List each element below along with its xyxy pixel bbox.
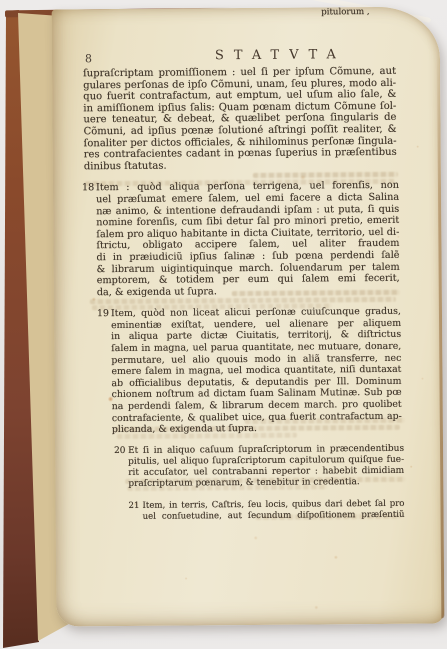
paragraph-number: 21 [128, 500, 139, 511]
paragraph-number: 18 [82, 183, 94, 195]
text-line: emptorem, & totidem per eum qui ſalem em… [97, 273, 400, 287]
page-header: 8 STATVTA [83, 47, 396, 67]
paragraph: 18Item : quòd aliqua perſona terrigena, … [96, 180, 400, 298]
text-line: plicanda, & exigenda ut ſupra. [112, 422, 402, 436]
paragraph: 19Item, quòd non liceat alicui perſonæ c… [111, 306, 402, 436]
text-block: ſupraſcriptam promiſſionem : uel ſi per … [83, 66, 407, 533]
book-page: 8 STATVTA ſupraſcriptam promiſſionem : u… [52, 6, 445, 626]
running-title: STATVTA [215, 47, 346, 63]
text-line: da, & exigenda ut ſupra. [97, 284, 400, 298]
page-number: 8 [85, 52, 92, 65]
catchword: pitulorum , [108, 7, 370, 20]
paragraph: 20Et ſi in aliquo caſuum ſupraſcriptorum… [128, 444, 404, 491]
text-line: dinibus ſtatutas. [84, 159, 397, 173]
paragraph: 21Item, in terris, Caſtris, ſeu locis, q… [142, 498, 404, 522]
paragraph-number: 19 [97, 308, 109, 320]
text-line: res contrafacientes cadant in pœnas ſupe… [84, 147, 397, 161]
photo-background: 8 STATVTA ſupraſcriptam promiſſionem : u… [0, 0, 447, 649]
text-line: uel conſuetudine, aut ſecundum diſpoſiti… [143, 510, 405, 523]
text-line: praſcriptarum pœnarum, & tenebitur in cr… [128, 477, 404, 490]
paragraph: ſupraſcriptam promiſſionem : uel ſi per … [83, 66, 397, 173]
paragraph-number: 20 [114, 446, 126, 457]
